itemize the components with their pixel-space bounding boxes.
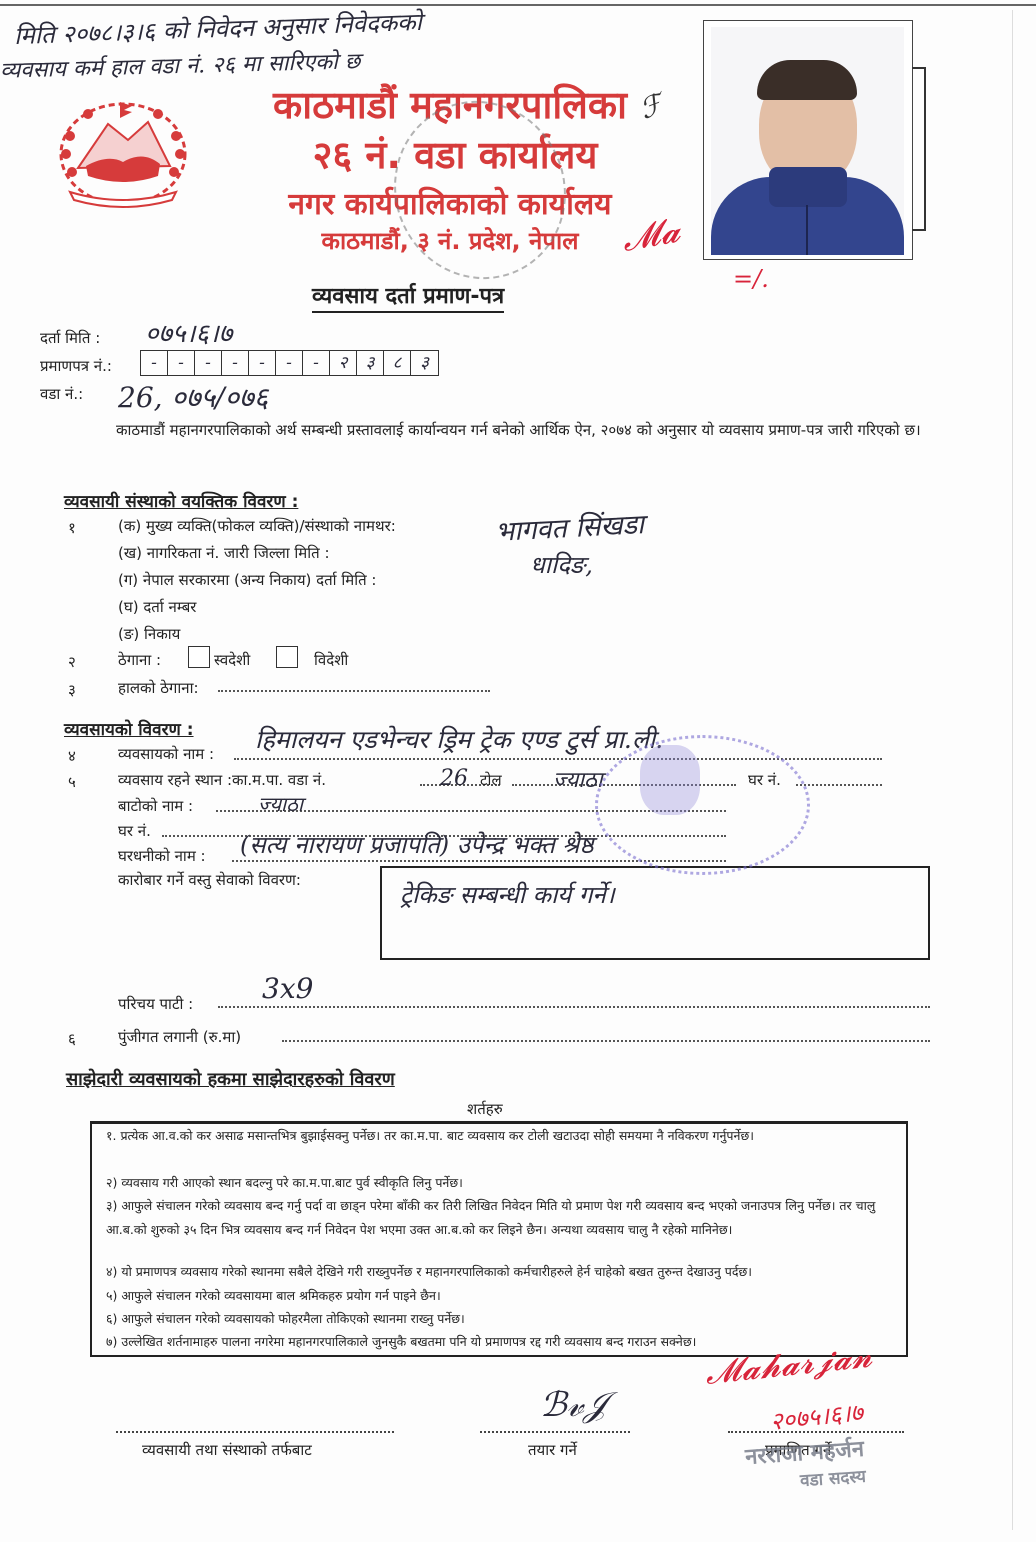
tole-label: टोल	[480, 770, 502, 790]
business-signature-line	[116, 1431, 394, 1433]
term-item: ५) आफुले संचालन गरेको व्यवसायमा बाल श्रम…	[106, 1284, 896, 1308]
item-number: ५	[68, 772, 76, 792]
citizenship-label: (ख) नागरिकता नं. जारी जिल्ला मिति :	[118, 543, 330, 563]
term-item: ४) यो प्रमाणपत्र व्यवसाय गरेको स्थानमा स…	[106, 1260, 896, 1284]
focal-person-label: (क) मुख्य व्यक्ति(फोकल व्यक्ति)/संस्थाको…	[118, 516, 396, 536]
personal-details-heading: व्यवसायी संस्थाको वयक्तिक विवरण :	[64, 489, 298, 512]
partnership-heading: साझेदारी व्यवसायको हकमा साझेदारहरुको विव…	[66, 1067, 395, 1091]
location-ward-value: 26	[440, 766, 468, 791]
certificate-no-digit: -	[222, 351, 249, 375]
right-border	[1012, 10, 1013, 1530]
item-number: ३	[68, 680, 76, 700]
domestic-checkbox[interactable]	[188, 646, 210, 668]
business-details-heading: व्यवसायको विवरण :	[64, 717, 194, 740]
certificate-no-digit: -	[141, 351, 168, 375]
investment-line	[282, 1040, 930, 1042]
item-number: ४	[68, 746, 76, 766]
nepal-emblem-icon	[48, 96, 198, 214]
signboard-line	[218, 1006, 930, 1008]
house-number-label: घर नं.	[118, 821, 151, 841]
photo-bracket	[912, 67, 926, 231]
prepared-signature-line	[480, 1431, 630, 1433]
registration-number-label: (घ) दर्ता नम्बर	[118, 597, 196, 617]
certifier-stamp-title: वडा सदस्य	[799, 1464, 866, 1492]
registration-date-label: दर्ता मिति :	[40, 328, 100, 348]
business-name-value: हिमालयन एडभेन्चर ड्रिम ट्रेक एण्ड टुर्स …	[255, 722, 663, 756]
certificate-no-boxes: - - - - - - - २ ३ ८ ३	[140, 350, 439, 376]
ward-no-value: 26, ०७५/०७६	[118, 378, 268, 416]
foreign-checkbox[interactable]	[276, 646, 298, 668]
citizenship-value: धादिङ,	[530, 548, 593, 581]
domestic-option-label: स्वदेशी	[214, 650, 250, 670]
certificate-no-digit: २	[330, 351, 357, 375]
service-desc-label: कारोबार गर्ने वस्तु सेवाको विवरण:	[118, 870, 301, 890]
item-number: २	[68, 652, 76, 672]
certificate-page: मिति २०७८।३।६ को निवेदन अनुसार निवेदकको …	[0, 0, 1036, 1542]
foreign-option-label: विदेशी	[314, 650, 348, 670]
certificate-no-digit: -	[303, 351, 330, 375]
current-address-label: हालको ठेगाना:	[118, 678, 199, 698]
prepared-by-caption: तयार गर्ने	[528, 1440, 577, 1460]
tole-value: ज्याठा	[553, 764, 603, 794]
ward-stamp-emblem	[640, 745, 700, 815]
ward-stamp	[595, 735, 810, 875]
service-desc-value: ट्रेकिङ सम्बन्धी कार्य गर्ने।	[400, 878, 615, 911]
business-signature-caption: व्यवसायी तथा संस्थाको तर्फबाट	[142, 1440, 312, 1460]
investment-label: पुंजीगत लगानी (रु.मा)	[118, 1027, 241, 1047]
red-signature-top: 𝓜𝓪	[619, 210, 683, 259]
govt-registration-label: (ग) नेपाल सरकारमा (अन्य निकाय) दर्ता मित…	[118, 570, 376, 590]
business-name-label: व्यवसायको नाम :	[118, 744, 214, 764]
owner-label: घरधनीको नाम :	[118, 846, 206, 866]
signboard-label: परिचय पाटी :	[118, 994, 193, 1014]
certificate-no-digit: -	[276, 351, 303, 375]
street-value: ज्याठा	[258, 790, 303, 817]
current-address-line	[218, 690, 490, 692]
red-signature-mark: =/.	[733, 265, 769, 293]
address-label: ठेगाना :	[118, 650, 161, 670]
preamble-text: काठमाडौं महानगरपालिकाको अर्थ सम्बन्धी प्…	[40, 416, 930, 444]
certificate-no-digit: -	[249, 351, 276, 375]
prepared-by-signature: ℬ𝓋𝒥	[540, 1385, 607, 1425]
item-number: १	[68, 518, 76, 538]
certificate-no-label: प्रमाणपत्र नं.:	[40, 356, 112, 376]
certificate-title: व्यवसाय दर्ता प्रमाण-पत्र	[312, 280, 504, 313]
ward-no-label: वडा नं.:	[40, 384, 83, 404]
certificate-no-digit: ३	[411, 351, 438, 375]
handwritten-note-line1: मिति २०७८।३।६ को निवेदन अनुसार निवेदकको	[14, 5, 423, 52]
certificate-no-digit: ८	[384, 351, 411, 375]
house-line	[796, 784, 882, 786]
term-item: १. प्रत्येक आ.व.को कर असाढ मसान्तभित्र ब…	[106, 1124, 896, 1148]
top-border	[0, 4, 1036, 6]
agency-label: (ङ) निकाय	[118, 624, 180, 644]
certificate-no-digit: -	[168, 351, 195, 375]
business-location-label: व्यवसाय रहने स्थान :का.म.पा. वडा नं.	[118, 770, 326, 790]
term-item: २) व्यवसाय गरी आएको स्थान बदल्नु परे का.…	[106, 1171, 896, 1195]
term-item: ३) आफुले संचालन गरेको व्यवसाय बन्द गर्नु…	[106, 1194, 896, 1241]
registration-date-value: ०७५।६।७	[145, 314, 232, 350]
street-label: बाटोको नाम :	[118, 796, 193, 816]
item-number: ६	[68, 1029, 76, 1049]
owner-value: (सत्य नारायण प्रजापति) उपेन्द्र भक्त श्र…	[240, 828, 594, 861]
applicant-photo	[711, 27, 904, 255]
certificate-no-digit: ३	[357, 351, 384, 375]
signboard-value: 3x9	[262, 972, 313, 1005]
certificate-no-digit: -	[195, 351, 222, 375]
focal-person-value: भागवत सिंखडा	[494, 504, 645, 549]
terms-title: शर्तहरु	[467, 1099, 503, 1119]
term-item: ६) आफुले संचालन गरेको व्यवसायको फोहरमैला…	[106, 1307, 896, 1331]
